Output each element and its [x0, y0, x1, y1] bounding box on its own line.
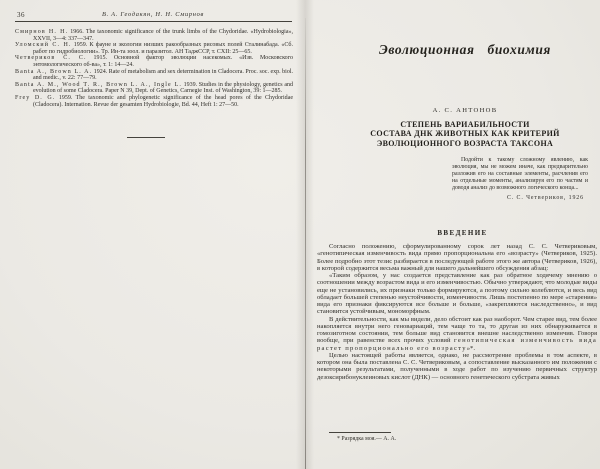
title-line: ЭВОЛЮЦИОННОГО ВОЗРАСТА ТАКСОНА — [320, 139, 600, 148]
article-title: СТЕПЕНЬ ВАРИАБИЛЬНОСТИ СОСТАВА ДНК ЖИВОТ… — [320, 120, 600, 148]
paragraph: В действительности, как мы видели, дело … — [317, 316, 597, 352]
reference-text: 1959. The taxonomic and phylogenetic sig… — [33, 95, 293, 108]
reference-author: Banta A. M., Wood T. R., Brown L. A., In… — [15, 82, 182, 88]
article-author: А. С. АНТОНОВ — [330, 107, 600, 114]
article-body: Согласно положению, сформулированному со… — [317, 243, 597, 381]
paragraph-text: Целью настоящей работы является, однако,… — [317, 352, 597, 381]
paragraph: Целью настоящей работы является, однако,… — [317, 352, 597, 381]
reference-author: Banta A., Brown L. A. — [15, 69, 92, 75]
reference-entry: Frey D. G. 1959. The taxonomic and phylo… — [15, 95, 293, 108]
reference-author: Четвериков С. С. — [15, 55, 87, 61]
epigraph: Подойти к такому сложному явлению, как э… — [452, 157, 588, 201]
reference-entry: Banta A., Brown L. A. 1924. Rate of meta… — [15, 69, 293, 82]
reference-entry: Смирнов Н. Н. 1966. The taxonomic signif… — [15, 29, 293, 42]
left-page: 36 В. А. Геодакян, Н. Н. Смирнов Смирнов… — [0, 0, 300, 469]
paragraph-text: Согласно положению, сформулированному со… — [317, 243, 597, 272]
reference-entry: Четвериков С. С. 1915. Основной фактор э… — [15, 55, 293, 68]
introduction-heading: ВВЕДЕНИЕ — [320, 229, 600, 237]
paragraph-text: «Таким образом, у нас создается представ… — [317, 272, 597, 315]
book-spread: 36 В. А. Геодакян, Н. Н. Смирнов Смирнов… — [0, 0, 600, 469]
title-line: СОСТАВА ДНК ЖИВОТНЫХ КАК КРИТЕРИЙ — [320, 129, 600, 138]
header-rule — [15, 21, 292, 22]
title-line: СТЕПЕНЬ ВАРИАБИЛЬНОСТИ — [320, 120, 600, 129]
paragraph: «Таким образом, у нас создается представ… — [317, 272, 597, 316]
section-header: Эволюционная биохимия — [330, 42, 600, 58]
paragraph-text: »*. — [467, 345, 475, 352]
epigraph-text: Подойти к такому сложному явлению, как э… — [452, 157, 588, 192]
footnote: * Разрядка моя.— А. А. — [329, 436, 589, 442]
running-head: В. А. Геодакян, Н. Н. Смирнов — [15, 11, 291, 18]
footnote-rule — [329, 432, 391, 433]
reference-text: 1959. К фауне и экологии низших ракообра… — [33, 42, 293, 55]
reference-author: Смирнов Н. Н. — [15, 29, 68, 35]
reference-entry: Banta A. M., Wood T. R., Brown L. A., In… — [15, 82, 293, 95]
reference-author: Frey D. G. — [15, 95, 55, 101]
paragraph: Согласно положению, сформулированному со… — [317, 243, 597, 272]
reference-author: Уломский С. Н. — [15, 42, 71, 48]
reference-text: 1966. The taxonomic significance of the … — [33, 29, 293, 42]
reference-entry: Уломский С. Н. 1959. К фауне и экологии … — [15, 42, 293, 55]
references-list: Смирнов Н. Н. 1966. The taxonomic signif… — [15, 29, 293, 108]
right-page: Эволюционная биохимия А. С. АНТОНОВ СТЕП… — [300, 0, 600, 469]
end-divider — [127, 137, 165, 138]
epigraph-attribution: С. С. Четвериков, 1926 — [452, 195, 588, 202]
